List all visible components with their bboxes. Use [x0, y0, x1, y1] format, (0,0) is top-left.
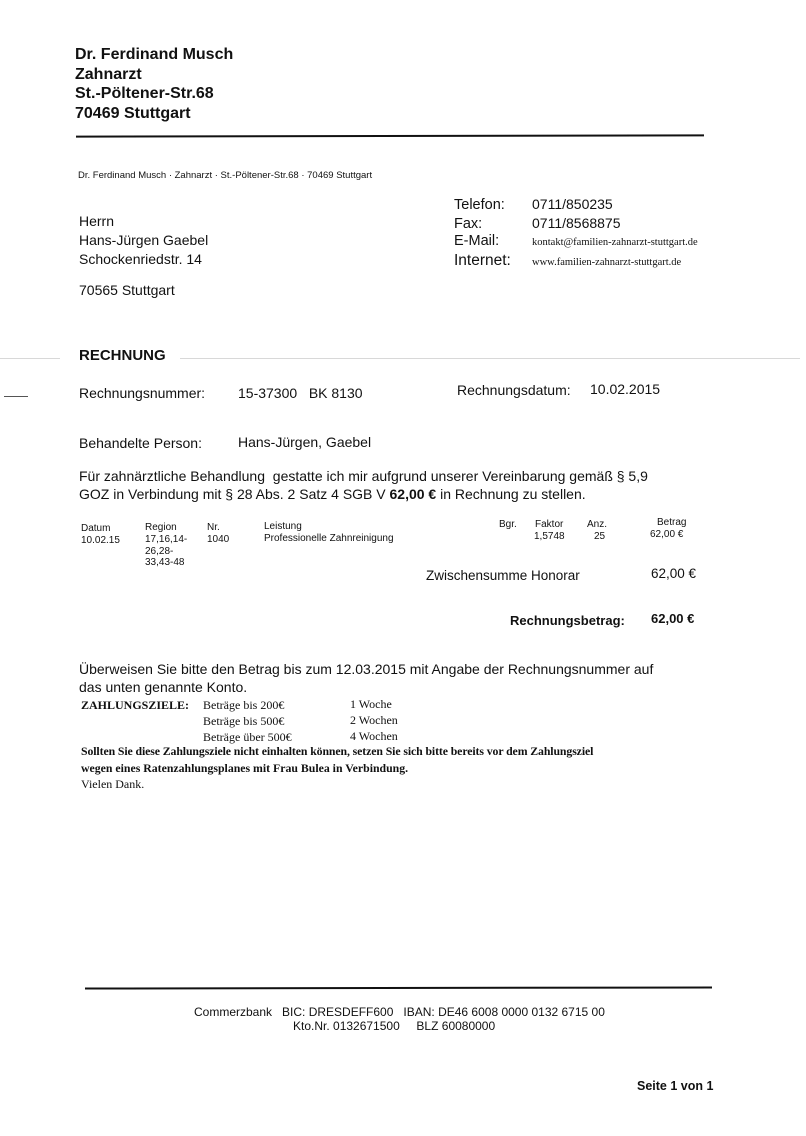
- website-link[interactable]: www.familien-zahnarzt-stuttgart.de: [532, 257, 681, 268]
- contact-block: Telefon: 0711/850235 Fax: 0711/8568875 E…: [454, 196, 698, 270]
- region-line: 26,28-: [145, 546, 187, 558]
- contact-email: E-Mail: kontakt@familien-zahnarzt-stuttg…: [454, 233, 698, 252]
- col-header-anz: Anz.: [587, 519, 607, 531]
- target-term: 4 Wochen: [350, 729, 398, 744]
- target-range: Beträge bis 200€: [203, 698, 284, 713]
- col-header-leistung: Leistung: [264, 521, 302, 533]
- recipient-street: Schockenriedstr. 14: [79, 250, 208, 269]
- bank-details-line-2: Kto.Nr. 0132671500 BLZ 60080000: [293, 1019, 495, 1033]
- cell-betrag: 62,00 €: [650, 529, 683, 541]
- col-header-betrag: Betrag: [657, 517, 686, 529]
- letterhead-city: 70469 Stuttgart: [75, 104, 233, 124]
- recipient-salutation: Herrn: [79, 212, 208, 231]
- contact-label: E-Mail:: [454, 233, 532, 249]
- intro-line-1: Für zahnärztliche Behandlung gestatte ic…: [79, 467, 648, 485]
- contact-label: Fax:: [454, 216, 532, 232]
- letterhead-profession: Zahnarzt: [75, 65, 233, 85]
- target-range: Beträge bis 500€: [203, 714, 284, 729]
- recipient-address: Herrn Hans-Jürgen Gaebel Schockenriedstr…: [79, 212, 208, 269]
- email-link[interactable]: kontakt@familien-zahnarzt-stuttgart.de: [532, 237, 698, 248]
- contact-label: Internet:: [454, 252, 532, 270]
- invoice-date-value: 10.02.2015: [590, 381, 660, 397]
- payment-targets-label: ZAHLUNGSZIELE:: [81, 698, 189, 713]
- target-range: Beträge über 500€: [203, 730, 292, 745]
- invoice-number-value: 15-37300 BK 8130: [238, 385, 363, 401]
- letterhead-name: Dr. Ferdinand Musch: [75, 45, 233, 65]
- recipient-city: 70565 Stuttgart: [79, 282, 175, 298]
- header-divider: [76, 134, 704, 137]
- payment-line-1: Überweisen Sie bitte den Betrag bis zum …: [79, 660, 653, 678]
- fold-mark: [180, 358, 800, 359]
- region-line: 17,16,14-: [145, 534, 187, 546]
- thanks-text: Vielen Dank.: [81, 777, 144, 792]
- intro-text: in Rechnung zu stellen.: [436, 486, 585, 502]
- payment-notice-line-2: wegen eines Ratenzahlungsplanes mit Frau…: [81, 761, 408, 776]
- footer-divider: [85, 986, 712, 989]
- total-label: Rechnungsbetrag:: [510, 613, 625, 628]
- contact-phone: Telefon: 0711/850235: [454, 196, 698, 215]
- contact-value: 0711/850235: [532, 196, 613, 212]
- region-line: 33,43-48: [145, 557, 187, 569]
- letterhead-street: St.-Pöltener-Str.68: [75, 84, 233, 104]
- cell-region: 17,16,14- 26,28- 33,43-48: [145, 534, 187, 569]
- recipient-name: Hans-Jürgen Gaebel: [79, 231, 208, 250]
- subtotal-label: Zwischensumme Honorar: [426, 568, 580, 583]
- col-header-datum: Datum: [81, 523, 110, 535]
- intro-amount: 62,00 €: [390, 486, 437, 502]
- cell-datum: 10.02.15: [81, 535, 120, 547]
- sender-return-address: Dr. Ferdinand Musch · Zahnarzt · St.-Pöl…: [78, 170, 372, 181]
- subtotal-value: 62,00 €: [651, 566, 696, 581]
- patient-value: Hans-Jürgen, Gaebel: [238, 434, 371, 450]
- cell-anz: 25: [594, 531, 605, 543]
- payment-notice-line-1: Sollten Sie diese Zahlungsziele nicht ei…: [81, 744, 593, 759]
- letterhead: Dr. Ferdinand Musch Zahnarzt St.-Pöltene…: [75, 45, 233, 123]
- document-title: RECHNUNG: [79, 347, 166, 364]
- cell-leistung: Professionelle Zahnreinigung: [264, 533, 394, 545]
- cell-faktor: 1,5748: [534, 531, 565, 543]
- contact-internet: Internet: www.familien-zahnarzt-stuttgar…: [454, 252, 698, 271]
- target-term: 1 Woche: [350, 697, 392, 712]
- invoice-date-label: Rechnungsdatum:: [457, 382, 571, 398]
- patient-label: Behandelte Person:: [79, 435, 202, 451]
- page-number: Seite 1 von 1: [637, 1079, 713, 1093]
- contact-fax: Fax: 0711/8568875: [454, 215, 698, 234]
- target-term: 2 Wochen: [350, 713, 398, 728]
- col-header-region: Region: [145, 522, 177, 534]
- fold-mark: [0, 358, 60, 359]
- total-value: 62,00 €: [651, 611, 694, 626]
- payment-line-2: das unten genannte Konto.: [79, 678, 247, 696]
- intro-text: GOZ in Verbindung mit § 28 Abs. 2 Satz 4…: [79, 486, 390, 502]
- invoice-number-label: Rechnungsnummer:: [79, 385, 205, 401]
- fold-mark: [4, 396, 28, 397]
- contact-label: Telefon:: [454, 197, 532, 213]
- bank-details-line-1: Commerzbank BIC: DRESDEFF600 IBAN: DE46 …: [194, 1005, 605, 1019]
- col-header-bgr: Bgr.: [499, 519, 517, 531]
- col-header-faktor: Faktor: [535, 519, 563, 531]
- contact-value: 0711/8568875: [532, 215, 621, 231]
- col-header-nr: Nr.: [207, 522, 220, 534]
- cell-nr: 1040: [207, 534, 229, 546]
- intro-line-2: GOZ in Verbindung mit § 28 Abs. 2 Satz 4…: [79, 485, 586, 503]
